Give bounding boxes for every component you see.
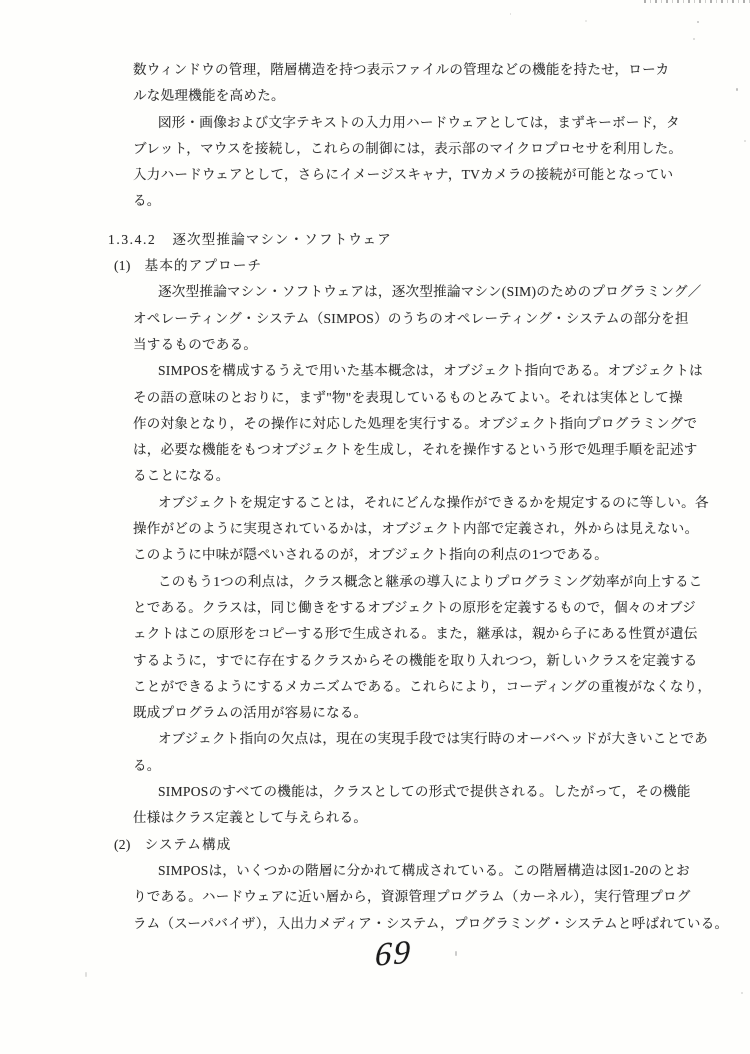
paragraph: オブジェクト指向の欠点は，現在の実現手段では実行時のオーバヘッドが大きいことであ…	[133, 726, 750, 779]
paragraph: オブジェクトを規定することは，それにどんな操作ができるかを規定するのに等しい。各…	[133, 490, 750, 569]
scan-speckle	[741, 992, 743, 994]
document-text: 数ウィンドウの管理，階層構造を持つ表示ファイルの管理などの機能を持たせ，ローカル…	[0, 57, 750, 937]
list-item-title: 基本的アプローチ	[145, 258, 263, 273]
text-line: ブレット，マウスを接続し，これらの制御には，表示部のマイクロプロセサを利用した。	[133, 136, 750, 162]
text-line: オブジェクトを規定することは，それにどんな操作ができるかを規定するのに等しい。各	[133, 490, 750, 516]
text-line: 作の対象となり，その操作に対応した処理を実行する。オブジェクト指向プログラミング…	[133, 411, 750, 437]
text-line: る。	[133, 188, 750, 214]
scan-speckle	[693, 38, 695, 40]
text-line: 操作がどのように実現されているかは，オブジェクト内部で定義され，外からは見えない…	[133, 516, 750, 542]
text-line: オブジェクト指向の欠点は，現在の実現手段では実行時のオーバヘッドが大きいことであ	[133, 726, 750, 752]
scan-speckle	[510, 13, 511, 15]
text-line: は，必要な機能をもつオブジェクトを生成し，それを操作するという形で処理手順を記述…	[133, 437, 750, 463]
scan-speckle	[455, 951, 457, 956]
text-line: 仕様はクラス定義として与えられる。	[133, 805, 750, 831]
list-item-title: システム構成	[145, 837, 232, 852]
section-heading: 1.3.4.2逐次型推論マシン・ソフトウェア	[108, 227, 750, 253]
text-line: このように中味が隠ぺいされるのが，オブジェクト指向の利点の1つである。	[133, 542, 750, 568]
text-line: ェクトはこの原形をコピーする形で生成される。また，継承は，親から子にある性質が遺…	[133, 621, 750, 647]
list-item-marker: (2)	[114, 837, 131, 852]
text-line: とである。クラスは，同じ働きをするオブジェクトの原形を定義するもので，個々のオブ…	[133, 595, 750, 621]
text-line: 図形・画像および文字テキストの入力用ハードウェアとしては，まずキーボード，タ	[133, 110, 750, 136]
text-line: オペレーティング・システム（SIMPOS）のうちのオペレーティング・システムの部…	[133, 306, 750, 332]
text-line: 逐次型推論マシン・ソフトウェアは，逐次型推論マシン(SIM)のためのプログラミン…	[133, 279, 750, 305]
handwritten-page-number: 69	[374, 934, 413, 975]
text-line: SIMPOSを構成するうえで用いた基本概念は，オブジェクト指向である。オブジェク…	[133, 358, 750, 384]
section-title: 逐次型推論マシン・ソフトウェア	[172, 232, 392, 247]
text-line: SIMPOSのすべての機能は，クラスとしての形式で提供される。したがって，その機…	[133, 779, 750, 805]
text-line: ることになる。	[133, 463, 750, 489]
section-number: 1.3.4.2	[108, 232, 156, 247]
paragraph: SIMPOSは，いくつかの階層に分かれて構成されている。この階層構造は図1-20…	[133, 858, 750, 937]
text-line: 数ウィンドウの管理，階層構造を持つ表示ファイルの管理などの機能を持たせ，ローカ	[133, 57, 750, 83]
text-line: 入力ハードウェアとして，さらにイメージスキャナ，TVカメラの接続が可能となってい	[133, 162, 750, 188]
scan-speckle	[85, 972, 87, 977]
paragraph: SIMPOSを構成するうえで用いた基本概念は，オブジェクト指向である。オブジェク…	[133, 358, 750, 489]
text-line: ルな処理機能を高めた。	[133, 83, 750, 109]
text-line: る。	[133, 753, 750, 779]
text-line: その語の意味のとおりに，まず"物"を表現しているものとみてよい。それは実体として…	[133, 385, 750, 411]
paragraph: SIMPOSのすべての機能は，クラスとしての形式で提供される。したがって，その機…	[133, 779, 750, 832]
text-line: SIMPOSは，いくつかの階層に分かれて構成されている。この階層構造は図1-20…	[133, 858, 750, 884]
scanned-document-page: 数ウィンドウの管理，階層構造を持つ表示ファイルの管理などの機能を持たせ，ローカル…	[0, 0, 750, 1054]
text-line: このもう1つの利点は，クラス概念と継承の導入によりプログラミング効率が向上するこ	[133, 569, 750, 595]
scan-noise-strip	[644, 0, 750, 3]
paragraph: 逐次型推論マシン・ソフトウェアは，逐次型推論マシン(SIM)のためのプログラミン…	[133, 279, 750, 358]
text-line: ラム（スーパバイザ），入出力メディア・システム，プログラミング・システムと呼ばれ…	[133, 911, 750, 937]
text-line: ことができるようにするメカニズムである。これらにより，コーディングの重複がなくな…	[133, 674, 750, 700]
paragraph: 数ウィンドウの管理，階層構造を持つ表示ファイルの管理などの機能を持たせ，ローカル…	[133, 57, 750, 110]
paragraph-gap	[133, 215, 750, 227]
text-line: 既成プログラムの活用が容易になる。	[133, 700, 750, 726]
list-item-heading: (1)基本的アプローチ	[114, 253, 750, 279]
paragraph: 図形・画像および文字テキストの入力用ハードウェアとしては，まずキーボード，タブレ…	[133, 110, 750, 215]
list-item-marker: (1)	[114, 258, 131, 273]
text-line: 当するものである。	[133, 332, 750, 358]
paragraph: このもう1つの利点は，クラス概念と継承の導入によりプログラミング効率が向上するこ…	[133, 569, 750, 727]
list-item-heading: (2)システム構成	[114, 832, 750, 858]
scan-speckle	[585, 20, 587, 22]
scan-speckle	[697, 21, 699, 23]
text-line: りである。ハードウェアに近い層から，資源管理プログラム（カーネル），実行管理プロ…	[133, 884, 750, 910]
text-line: するように，すでに存在するクラスからその機能を取り入れつつ，新しいクラスを定義す…	[133, 648, 750, 674]
